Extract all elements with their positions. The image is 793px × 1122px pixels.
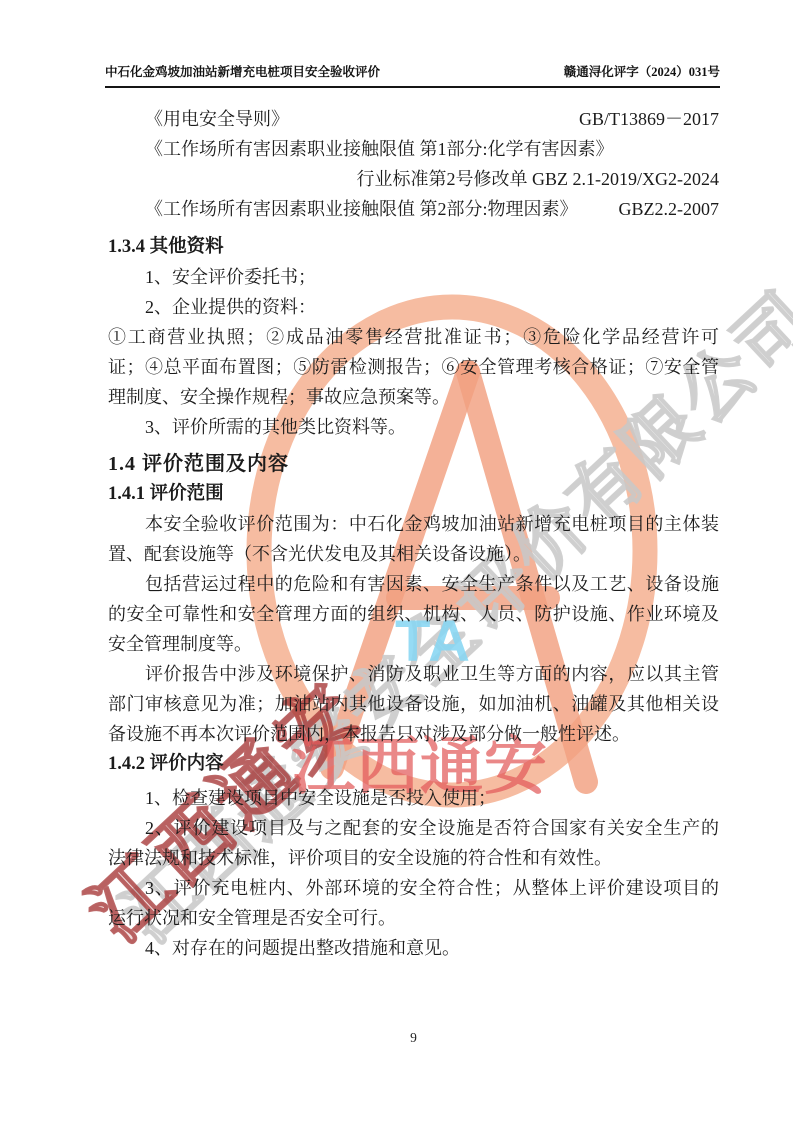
text-line: 置、配套设施等（不含光伏发电及其相关设备设施）。 xyxy=(108,539,719,569)
text-line: 安全管理制度等。 xyxy=(108,629,719,659)
page-header: 中石化金鸡坡加油站新增充电桩项目安全验收评价 赣通浔化评字（2024）031号 xyxy=(105,62,720,80)
text-line: 的安全可靠性和安全管理方面的组织、机构、人员、防护设施、作业环境及 xyxy=(108,599,719,629)
text-line: 理制度、安全操作规程；事故应急预案等。 xyxy=(108,382,719,412)
text-line: 1、检查建设项目中安全设施是否投入使用； xyxy=(108,783,719,813)
document-body: 《用电安全导则》GB/T13869－2017《工作场所有害因素职业接触限值 第1… xyxy=(108,104,719,963)
text-line: 运行状况和安全管理是否安全可行。 xyxy=(108,903,719,933)
header-rule xyxy=(105,86,720,88)
text-line: 法律法规和技术标准，评价项目的安全设施的符合性和有效性。 xyxy=(108,843,719,873)
section-heading: 1.3.4 其他资料 xyxy=(108,232,719,262)
standard-number: GBZ2.2-2007 xyxy=(619,194,720,224)
page-number: 9 xyxy=(410,1030,417,1045)
text-line: 《工作场所有害因素职业接触限值 第2部分:物理因素》GBZ2.2-2007 xyxy=(108,194,719,224)
reference-title: 《工作场所有害因素职业接触限值 第2部分:物理因素》 xyxy=(145,194,578,224)
text-line: 备设施不再本次评价范围内，本报告只对涉及部分做一般性评述。 xyxy=(108,719,719,749)
section-heading: 1.4.1 评价范围 xyxy=(108,479,719,509)
section-heading: 1.4 评价范围及内容 xyxy=(108,449,719,479)
text-line: 1、安全评价委托书； xyxy=(108,262,719,292)
text-line: 4、对存在的问题提出整改措施和意见。 xyxy=(108,933,719,963)
section-heading: 1.4.2 评价内容 xyxy=(108,749,719,779)
header-left-title: 中石化金鸡坡加油站新增充电桩项目安全验收评价 xyxy=(105,62,380,80)
text-line: 2、评价建设项目及与之配套的安全设施是否符合国家有关安全生产的 xyxy=(108,813,719,843)
text-line: 2、企业提供的资料： xyxy=(108,292,719,322)
text-line: 3、评价充电桩内、外部环境的安全符合性；从整体上评价建设项目的 xyxy=(108,873,719,903)
text-line: 评价报告中涉及环境保护、消防及职业卫生等方面的内容，应以其主管 xyxy=(108,659,719,689)
text-line: 证；④总平面布置图；⑤防雷检测报告；⑥安全管理考核合格证；⑦安全管 xyxy=(108,352,719,382)
text-line: 本安全验收评价范围为：中石化金鸡坡加油站新增充电桩项目的主体装 xyxy=(108,509,719,539)
reference-title: 《用电安全导则》 xyxy=(145,104,289,134)
text-line: 《工作场所有害因素职业接触限值 第1部分:化学有害因素》 xyxy=(108,134,719,164)
document-page: 中石化金鸡坡加油站新增充电桩项目安全验收评价 赣通浔化评字（2024）031号 … xyxy=(0,0,793,1122)
text-line: ①工商营业执照；②成品油零售经营批准证书；③危险化学品经营许可 xyxy=(108,322,719,352)
text-line: 部门审核意见为准；加油站内其他设备设施，如加油机、油罐及其他相关设 xyxy=(108,689,719,719)
text-line: 《用电安全导则》GB/T13869－2017 xyxy=(108,104,719,134)
text-line: 3、评价所需的其他类比资料等。 xyxy=(108,412,719,442)
text-line: 行业标准第2号修改单 GBZ 2.1-2019/XG2-2024 xyxy=(108,164,719,194)
page-footer: 9 xyxy=(108,1030,719,1046)
header-right-doc-number: 赣通浔化评字（2024）031号 xyxy=(564,62,720,80)
standard-number: GB/T13869－2017 xyxy=(579,104,719,134)
text-line: 包括营运过程中的危险和有害因素、安全生产条件以及工艺、设备设施 xyxy=(108,569,719,599)
